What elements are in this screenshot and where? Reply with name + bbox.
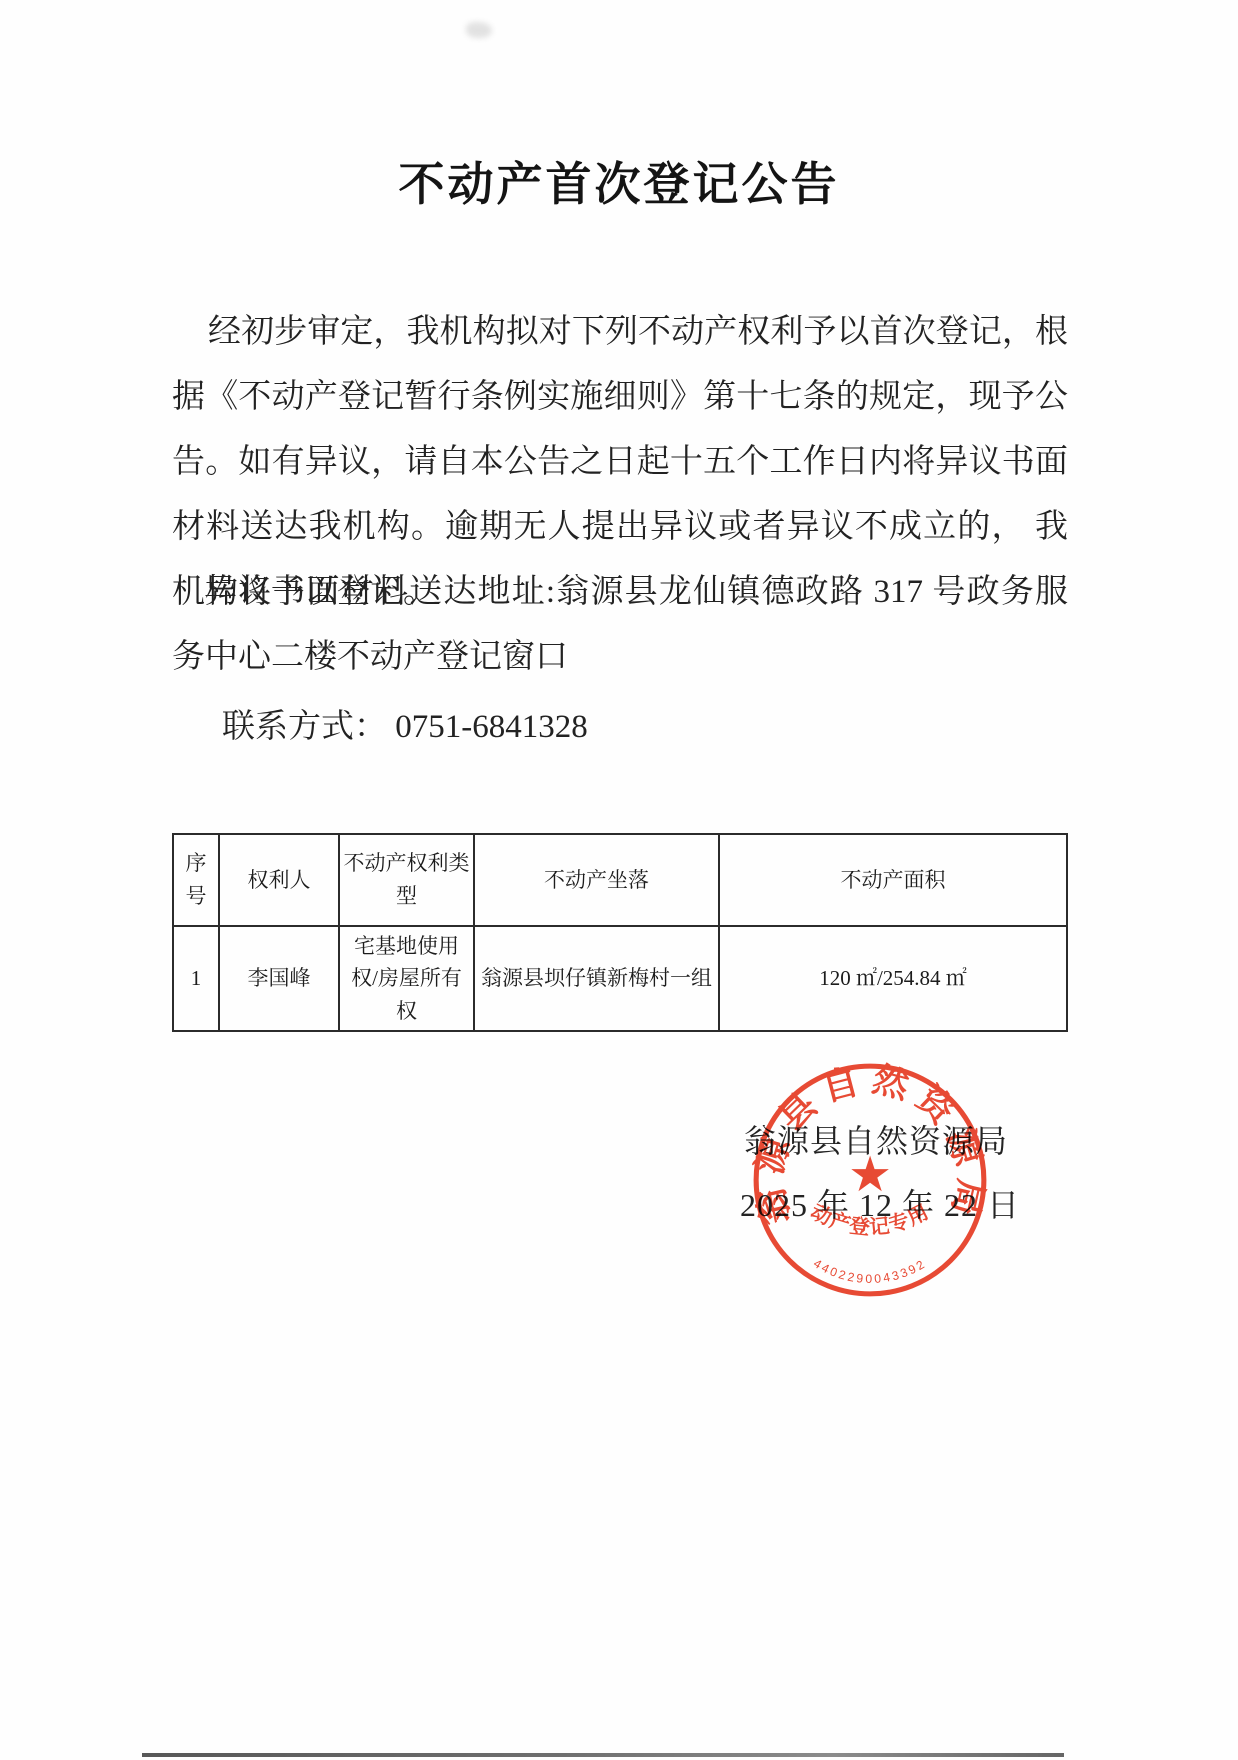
signature-date: 2025 年 12 年 22 日	[740, 1180, 1020, 1226]
cell-area: 120 ㎡/254.84 ㎡	[719, 926, 1067, 1031]
cell-location: 翁源县坝仔镇新梅村一组	[474, 926, 719, 1031]
paragraph-objection-address: 异议书面材料送达地址:翁源县龙仙镇德政路 317 号政务服务中心二楼不动产登记窗…	[172, 560, 1068, 690]
col-header-seq: 序号	[173, 834, 219, 926]
col-header-location: 不动产坐落	[474, 834, 719, 926]
col-header-holder: 权利人	[219, 834, 339, 926]
paragraph-contact-phone: 联系方式： 0751-6841328	[172, 695, 1068, 760]
col-header-area: 不动产面积	[719, 834, 1067, 926]
cell-holder: 李国峰	[219, 926, 339, 1031]
announcement-page: 不动产首次登记公告 经初步审定，我机构拟对下列不动产权利予以首次登记，根据《不动…	[0, 0, 1238, 1760]
seal-serial-number: 4402290043392	[811, 1256, 929, 1286]
cell-seq: 1	[173, 926, 219, 1031]
scan-artifact-bottom-line	[142, 1753, 1064, 1757]
table-header-row: 序号 权利人 不动产权利类型 不动产坐落 不动产面积	[173, 834, 1067, 926]
registration-table: 序号 权利人 不动产权利类型 不动产坐落 不动产面积 1 李国峰 宅基地使用权/…	[172, 833, 1068, 1032]
scan-smudge	[466, 22, 492, 38]
col-header-right-type: 不动产权利类型	[339, 834, 474, 926]
document-title: 不动产首次登记公告	[0, 148, 1238, 214]
table-row: 1 李国峰 宅基地使用权/房屋所有权 翁源县坝仔镇新梅村一组 120 ㎡/254…	[173, 926, 1067, 1031]
cell-right-type: 宅基地使用权/房屋所有权	[339, 926, 474, 1031]
signature-organization: 翁源县自然资源局	[744, 1116, 1008, 1162]
